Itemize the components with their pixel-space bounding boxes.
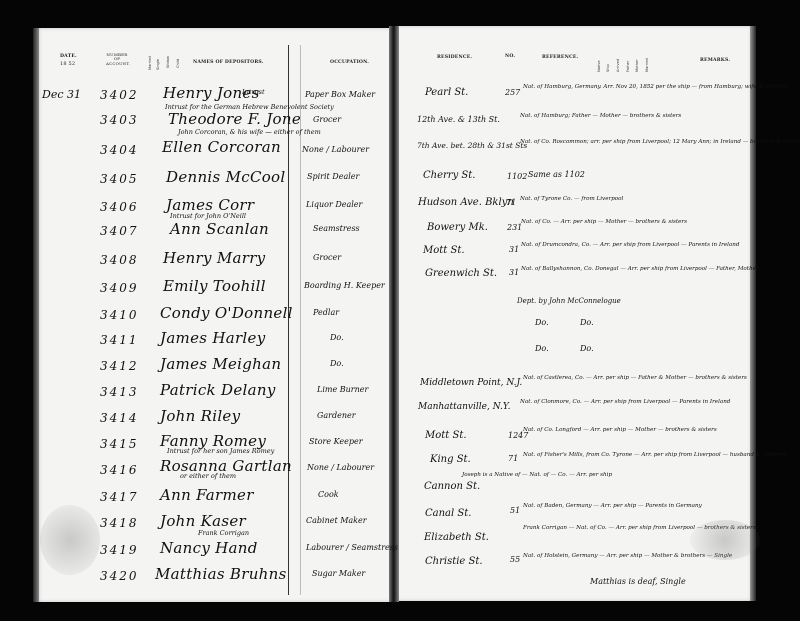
reference-number: 257 (505, 88, 520, 97)
occupation: Boarding H. Keeper (304, 281, 385, 290)
depositor-name: Ann Farmer (160, 486, 254, 504)
ditto-mark: Do. (535, 318, 549, 327)
reference-number: 31 (509, 268, 519, 277)
depositor-name: John Riley (160, 407, 240, 425)
account-number: 3409 (100, 281, 139, 295)
occupation: Liquor Dealer (306, 200, 362, 209)
header-date: DATE. (60, 54, 77, 59)
depositor-name: Dennis McCool (166, 168, 285, 186)
header-vertical-ref-2: Ship (606, 56, 610, 72)
account-number: 3419 (100, 543, 139, 557)
account-number: 3407 (100, 224, 139, 238)
header-vertical-ref-1: Native (597, 52, 601, 72)
account-number: 3404 (100, 143, 139, 157)
residence: King St. (430, 454, 471, 465)
paper-stain (690, 520, 760, 560)
occupation: Pedlar (313, 308, 339, 317)
depositor-name: John Kaser (160, 512, 246, 530)
depositor-name: Ellen Corcoran (162, 138, 281, 156)
occupation: None / Labourer (307, 463, 374, 472)
residence: Elizabeth St. (424, 532, 489, 543)
reference-text: Joseph is a Native of — Nat. of — Co. — … (462, 472, 762, 479)
reference-number: 231 (507, 223, 522, 232)
occupation: Grocer (313, 115, 341, 124)
occupation: Do. (330, 333, 344, 342)
reference-text: Nat. of Holstein, Germany — Arr. per shi… (523, 553, 800, 560)
depositor-note: Frank Corrigan (198, 529, 249, 537)
depositor-name: Condy O'Donnell (160, 304, 293, 322)
reference-text: Nat. of Castlerea, Co. — Arr. per ship —… (523, 375, 800, 382)
reference-number: 71 (508, 454, 518, 463)
header-remarks: REMARKS. (700, 58, 730, 63)
reference-number: 51 (510, 506, 520, 515)
header-year: 18 52 (60, 61, 75, 67)
occupation: Labourer / Seamstress (306, 543, 398, 552)
account-number: 3410 (100, 308, 139, 322)
depositor-name: James Meighan (160, 355, 281, 373)
book-gutter (389, 26, 399, 602)
occupation: Gardener (317, 411, 356, 420)
header-vertical-ref-5: Mother (635, 48, 639, 72)
depositor-note: Intrust (242, 88, 265, 96)
reference-text: Nat. of Hamburg; Father — Mother — broth… (520, 113, 800, 120)
reference-text: Nat. of Co. Roscommon; arr. per ship fro… (520, 139, 800, 146)
residence: Christie St. (425, 556, 483, 567)
header-vertical-4: Child (176, 54, 180, 68)
depositor-name: Nancy Hand (160, 539, 258, 557)
occupation: Cabinet Maker (306, 516, 367, 525)
account-number: 3402 (100, 88, 139, 102)
residence: Canal St. (425, 508, 471, 519)
reference-text: Nat. of Tyrone Co. — from Liverpool (520, 196, 800, 203)
reference-number: 71 (506, 198, 516, 207)
residence: Greenwich St. (425, 268, 497, 279)
account-number: 3405 (100, 172, 139, 186)
entry-date: Dec 31 (42, 88, 81, 101)
depositor-name: Theodore F. Jone (168, 110, 301, 128)
reference-text: Nat. of Ballyshannon, Co. Donegal — Arr.… (521, 266, 800, 273)
account-number: 3412 (100, 359, 139, 373)
depositor-note: John Corcoran, & his wife — either of th… (178, 128, 321, 136)
header-vertical-ref-3: Arrived (616, 52, 620, 72)
occupation: Sugar Maker (312, 569, 365, 578)
reference-text: Nat. of Baden, Germany — Arr. per ship —… (523, 503, 800, 510)
ditto-mark: Do. (535, 344, 549, 353)
reference-text: Frank Corrigan — Nat. of Co. — Arr. per … (523, 525, 800, 532)
reference-text: Nat. of Fisher's Mills, from Co. Tyrone … (523, 452, 800, 459)
header-reference: REFERENCE. (542, 55, 578, 60)
residence: Middletown Point, N.J. (420, 378, 522, 388)
account-number: 3408 (100, 253, 139, 267)
residence: 7th Ave. bet. 28th & 31st Sts (417, 141, 527, 150)
residence: Cherry St. (423, 170, 475, 181)
header-vertical-2: Single (156, 50, 160, 70)
reference-text: Nat. of Clonmore, Co. — Arr. per ship fr… (520, 399, 800, 406)
account-number: 3406 (100, 200, 139, 214)
occupation: Paper Box Maker (305, 90, 375, 99)
residence: Mott St. (425, 430, 467, 441)
reference-text: Nat. of Co. Longford — Arr. per ship — M… (523, 427, 800, 434)
occupation: Do. (330, 359, 344, 368)
account-number: 3417 (100, 490, 139, 504)
header-account-number: Number of Account. (106, 53, 128, 66)
depositor-note: or either of them (180, 472, 236, 480)
depositor-name: Patrick Delany (160, 381, 276, 399)
occupation: Grocer (313, 253, 341, 262)
residence: 12th Ave. & 13th St. (417, 115, 500, 124)
occupation: Cook (318, 490, 339, 499)
ditto-mark: Do. (580, 318, 594, 327)
account-number: 3413 (100, 385, 139, 399)
reference-text: Nat. of Hamburg, Germany. Arr. Nov 20, 1… (523, 84, 800, 91)
residence: Bowery Mk. (427, 222, 488, 233)
occupation: Lime Burner (317, 385, 368, 394)
residence: Pearl St. (425, 87, 468, 98)
depositor-name: Matthias Bruhns (155, 565, 287, 583)
header-vertical-ref-6: Married (645, 46, 649, 72)
reference-text: Nat. of Drumcondra, Co. — Arr. per ship … (521, 242, 800, 249)
reference-number: 55 (510, 555, 520, 564)
paper-stain (40, 505, 100, 575)
depositor-name: Ann Scanlan (170, 220, 269, 238)
account-number: 3420 (100, 569, 139, 583)
ditto-mark: Do. (580, 344, 594, 353)
deposit-by-note: Dept. by John McConnelogue (517, 297, 621, 305)
left-page-edge (33, 28, 39, 602)
residence: Hudson Ave. Bklyn (418, 197, 514, 208)
depositor-note: Intrust for her son James Romey (167, 447, 274, 455)
depositor-name: James Harley (160, 329, 265, 347)
account-number: 3415 (100, 437, 139, 451)
account-number: 3403 (100, 113, 139, 127)
reference-text: Nat. of Co. — Arr. per ship — Mother — b… (521, 219, 800, 226)
reference-number: 1102 (507, 172, 527, 181)
residence: Cannon St. (424, 481, 480, 492)
occupation: Store Keeper (309, 437, 363, 446)
account-number: 3414 (100, 411, 139, 425)
occupation: Spirit Dealer (307, 172, 359, 181)
depositor-name: Henry Marry (163, 249, 265, 267)
occupation: None / Labourer (302, 145, 369, 154)
residence: Mott St. (423, 245, 465, 256)
header-occupation: OCCUPATION. (330, 60, 369, 65)
account-number: 3418 (100, 516, 139, 530)
residence: Manhattanville, N.Y. (418, 402, 511, 412)
occupation: Seamstress (313, 224, 360, 233)
account-number: 3416 (100, 463, 139, 477)
header-names-of-depositors: NAMES OF DEPOSITORS. (193, 60, 264, 65)
footer-remark: Matthias is deaf, Single (590, 577, 686, 586)
depositor-note: Intrust for John O'Neill (170, 212, 246, 220)
header-vertical-3: Widow (166, 54, 170, 68)
header-residence: RESIDENCE. (437, 55, 472, 60)
header-vertical-1: Married (148, 50, 152, 70)
depositor-name: Emily Toohill (163, 277, 266, 295)
header-no: No. (505, 54, 515, 59)
reference-number: 31 (509, 245, 519, 254)
account-number: 3411 (100, 333, 139, 347)
reference-text: Same as 1102 (528, 171, 800, 178)
scanned-ledger: DATE. 18 52 Number of Account. Married S… (0, 0, 800, 621)
header-vertical-ref-4: Father (626, 56, 630, 72)
